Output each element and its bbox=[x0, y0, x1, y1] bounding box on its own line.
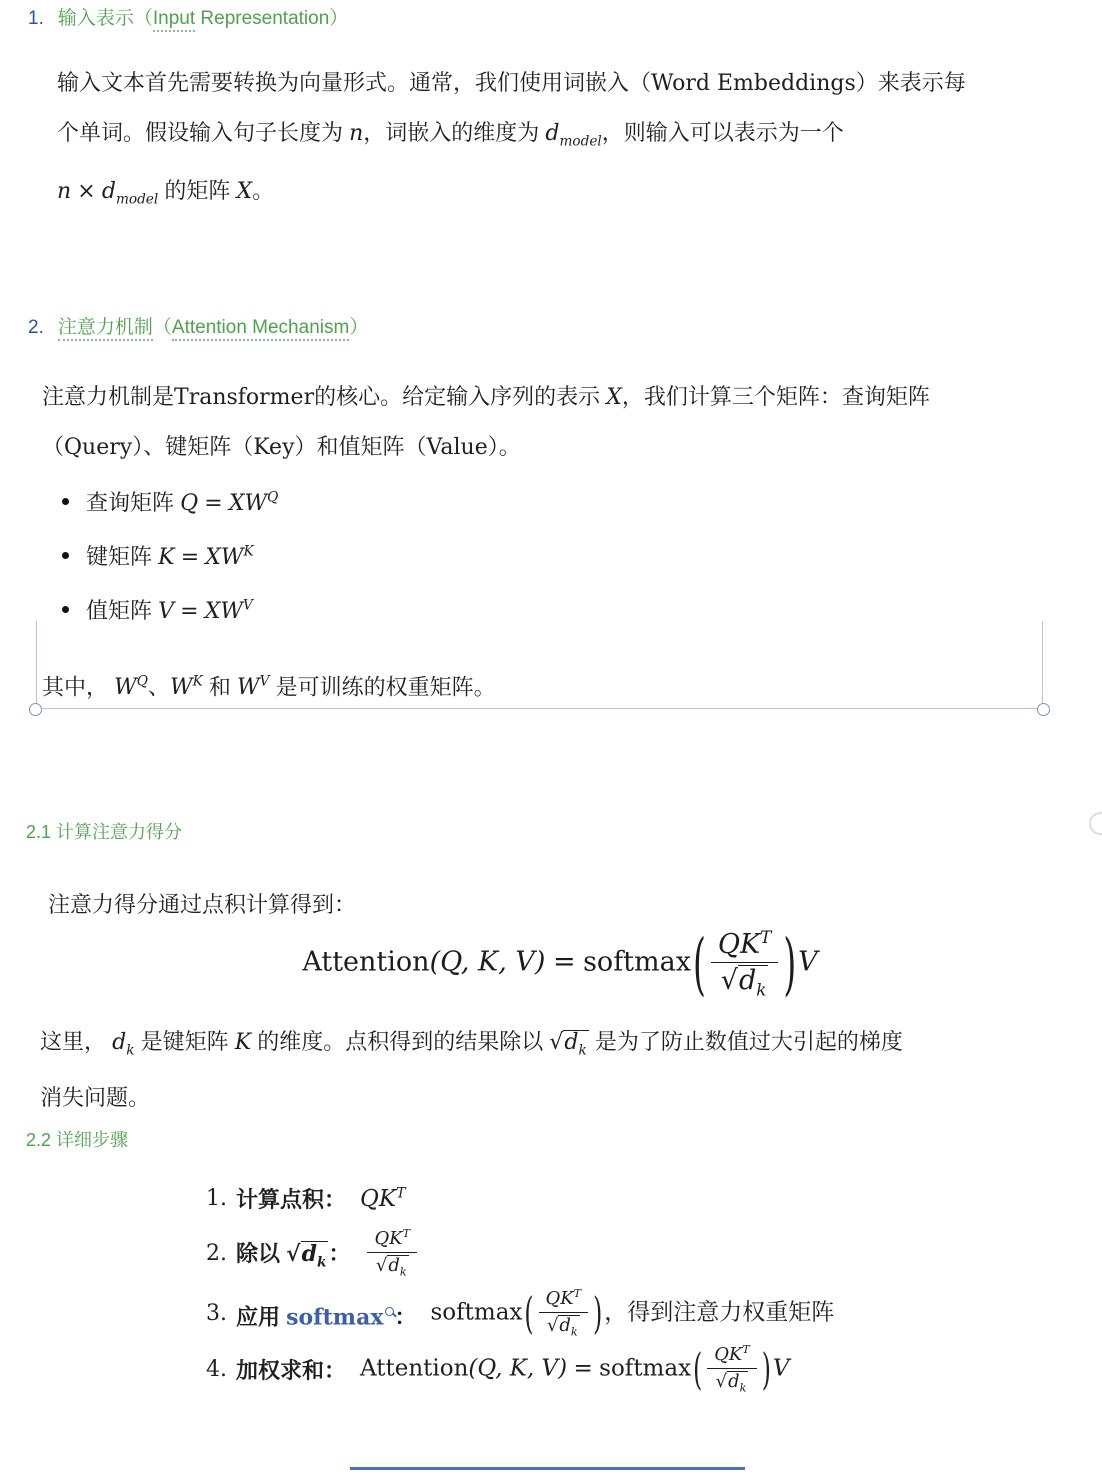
step-item-2: 2. 除以 √dk： QKT√dk bbox=[206, 1228, 420, 1278]
paragraph-input-representation: 输入文本首先需要转换为向量形式。通常，我们使用词嵌入（Word Embeddin… bbox=[57, 58, 966, 225]
selection-handle-left[interactable] bbox=[29, 703, 42, 716]
heading-1-number: 1. bbox=[28, 8, 44, 29]
step-label: 应用 softmax： bbox=[236, 1296, 416, 1331]
heading-2-title: 注意力机制（Attention Mechanism） bbox=[58, 317, 368, 341]
subsection-heading-2-1: 2.1 计算注意力得分 bbox=[26, 818, 182, 844]
heading-1-title: 输入表示（Input Representation） bbox=[58, 8, 348, 32]
bottom-blue-divider bbox=[350, 1467, 745, 1470]
step-number: 1. bbox=[206, 1186, 227, 1211]
step-item-3: 3. 应用 softmax： softmax(QKT√dk)，得到注意力权重矩阵 bbox=[206, 1288, 834, 1338]
bullet-item-text: 键矩阵 K = XWK bbox=[86, 540, 254, 571]
step-number: 4. bbox=[206, 1357, 227, 1382]
step-content: QKT√dk bbox=[364, 1228, 420, 1278]
heading-2-number: 2. bbox=[28, 317, 44, 338]
step-item-1: 1. 计算点积： QKT bbox=[206, 1183, 406, 1214]
bullet-marker-icon bbox=[62, 606, 69, 613]
paragraph-attention-intro: 注意力机制是Transformer的核心。给定输入序列的表示 X，我们计算三个矩… bbox=[42, 372, 930, 472]
bullet-item-query: 查询矩阵 Q = XWQ bbox=[62, 486, 278, 517]
step-content: Attention(Q, K, V) = softmax(QKT√dk)V bbox=[360, 1344, 790, 1394]
selection-frame[interactable] bbox=[36, 621, 1043, 709]
step-item-4: 4. 加权求和： Attention(Q, K, V) = softmax(QK… bbox=[206, 1344, 790, 1394]
step-label: 除以 √dk： bbox=[236, 1237, 350, 1270]
document-page: 1.输入表示（Input Representation） 输入文本首先需要转换为… bbox=[0, 0, 1102, 1484]
step-label: 加权求和： bbox=[236, 1354, 346, 1385]
step-content: QKT bbox=[360, 1185, 406, 1212]
search-icon bbox=[385, 1307, 394, 1316]
softmax-link[interactable]: softmax bbox=[286, 1304, 383, 1330]
step-number: 2. bbox=[206, 1241, 227, 1266]
section-heading-1: 1.输入表示（Input Representation） bbox=[28, 3, 348, 30]
bullet-item-key: 键矩阵 K = XWK bbox=[62, 540, 278, 571]
bullet-item-text: 查询矩阵 Q = XWQ bbox=[86, 486, 278, 517]
step-label: 计算点积： bbox=[236, 1183, 346, 1214]
paragraph-dk-explanation: 这里， dk 是键矩阵 K 的维度。点积得到的结果除以 √dk 是为了防止数值过… bbox=[40, 1018, 903, 1122]
bullet-marker-icon bbox=[62, 552, 69, 559]
attention-formula: Attention(Q, K, V) = softmax(QKT√dk)V bbox=[0, 928, 1102, 999]
step-number: 3. bbox=[206, 1301, 227, 1326]
subsection-heading-2-2: 2.2 详细步骤 bbox=[26, 1126, 128, 1152]
selection-handle-right[interactable] bbox=[1037, 703, 1050, 716]
edge-handle-partial bbox=[1089, 812, 1102, 835]
paragraph-score-intro: 注意力得分通过点积计算得到： bbox=[48, 880, 356, 929]
bullet-marker-icon bbox=[62, 498, 69, 505]
section-heading-2: 2.注意力机制（Attention Mechanism） bbox=[28, 312, 368, 339]
step-content: softmax(QKT√dk)，得到注意力权重矩阵 bbox=[430, 1288, 834, 1338]
